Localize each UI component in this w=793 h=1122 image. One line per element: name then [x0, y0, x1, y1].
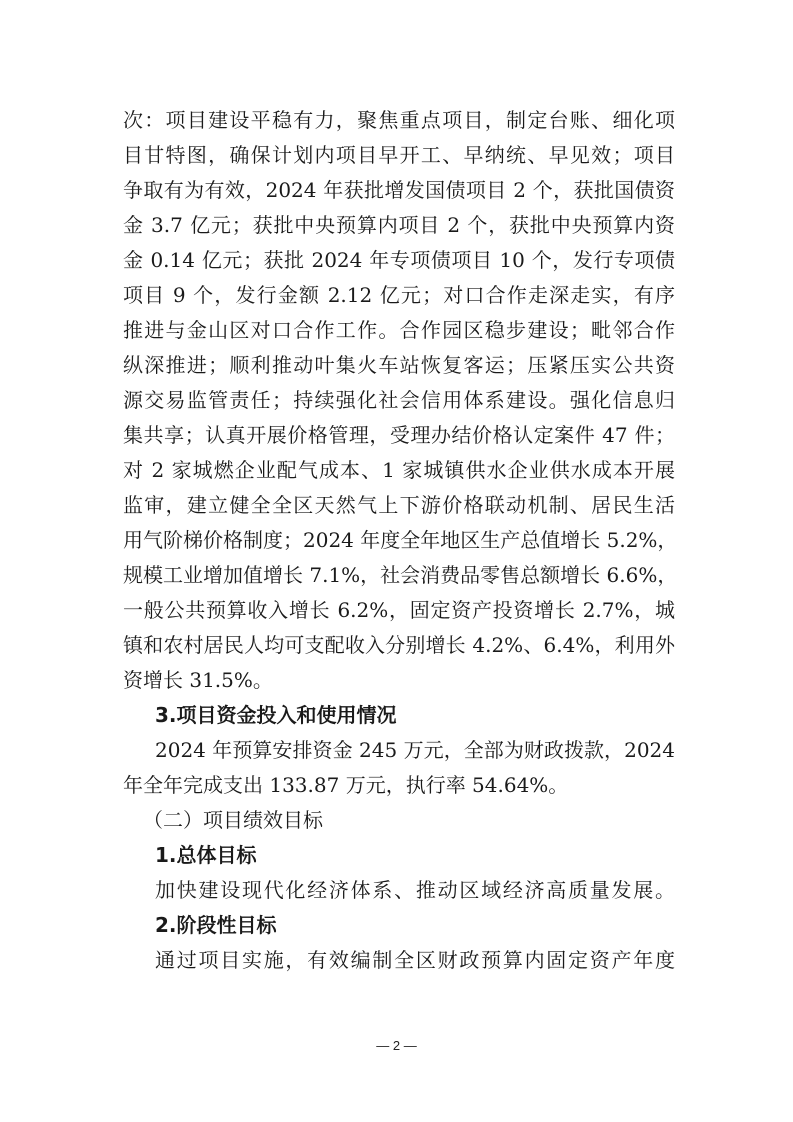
goal-text-phased: 通过项目实施，有效编制全区财政预算内固定资产年度: [123, 943, 675, 978]
goal-heading-overall: 1.总体目标: [123, 838, 675, 873]
page-number: — 2 —: [0, 1038, 793, 1053]
goal-heading-phased: 2.阶段性目标: [123, 908, 675, 943]
text-line: 金 0.14 亿元；获批 2024 年专项债项目 10 个，发行专项债: [123, 243, 675, 278]
text-line: 次：项目建设平稳有力，聚焦重点项目，制定台账、细化项: [123, 103, 675, 138]
text-line: 一般公共预算收入增长 6.2%，固定资产投资增长 2.7%，城: [123, 593, 675, 628]
section-heading-performance-goals: （二）项目绩效目标: [123, 803, 675, 838]
document-page: 次：项目建设平稳有力，聚焦重点项目，制定台账、细化项 目甘特图，确保计划内项目早…: [0, 0, 793, 1122]
text-line: 规模工业增加值增长 7.1%，社会消费品零售总额增长 6.6%，: [123, 558, 675, 593]
text-line: 源交易监管责任；持续强化社会信用体系建设。强化信息归: [123, 383, 675, 418]
text-line: 镇和农村居民人均可支配收入分别增长 4.2%、6.4%，利用外: [123, 628, 675, 663]
text-line: 资增长 31.5%。: [123, 663, 675, 698]
text-line: 金 3.7 亿元；获批中央预算内项目 2 个，获批中央预算内资: [123, 208, 675, 243]
text-line: 集共享；认真开展价格管理，受理办结价格认定案件 47 件；: [123, 418, 675, 453]
goal-text-overall: 加快建设现代化经济体系、推动区域经济高质量发展。: [123, 873, 675, 908]
text-line: 监审，建立健全全区天然气上下游价格联动机制、居民生活: [123, 488, 675, 523]
document-body: 次：项目建设平稳有力，聚焦重点项目，制定台账、细化项 目甘特图，确保计划内项目早…: [123, 103, 675, 978]
text-line: 对 2 家城燃企业配气成本、1 家城镇供水企业供水成本开展: [123, 453, 675, 488]
text-line: 推进与金山区对口合作工作。合作园区稳步建设；毗邻合作: [123, 313, 675, 348]
text-line: 项目 9 个，发行金额 2.12 亿元；对口合作走深走实，有序: [123, 278, 675, 313]
text-line: 争取有为有效，2024 年获批增发国债项目 2 个，获批国债资: [123, 173, 675, 208]
text-line: 年全年完成支出 133.87 万元，执行率 54.64%。: [123, 768, 675, 803]
continued-paragraph: 次：项目建设平稳有力，聚焦重点项目，制定台账、细化项 目甘特图，确保计划内项目早…: [123, 103, 675, 698]
text-line: 目甘特图，确保计划内项目早开工、早纳统、早见效；项目: [123, 138, 675, 173]
funding-paragraph: 2024 年预算安排资金 245 万元，全部为财政拨款，2024 年全年完成支出…: [123, 733, 675, 803]
text-line: 用气阶梯价格制度；2024 年度全年地区生产总值增长 5.2%，: [123, 523, 675, 558]
text-line: 纵深推进；顺利推动叶集火车站恢复客运；压紧压实公共资: [123, 348, 675, 383]
section-heading-funding: 3.项目资金投入和使用情况: [123, 698, 675, 733]
text-line: 2024 年预算安排资金 245 万元，全部为财政拨款，2024: [123, 733, 675, 768]
